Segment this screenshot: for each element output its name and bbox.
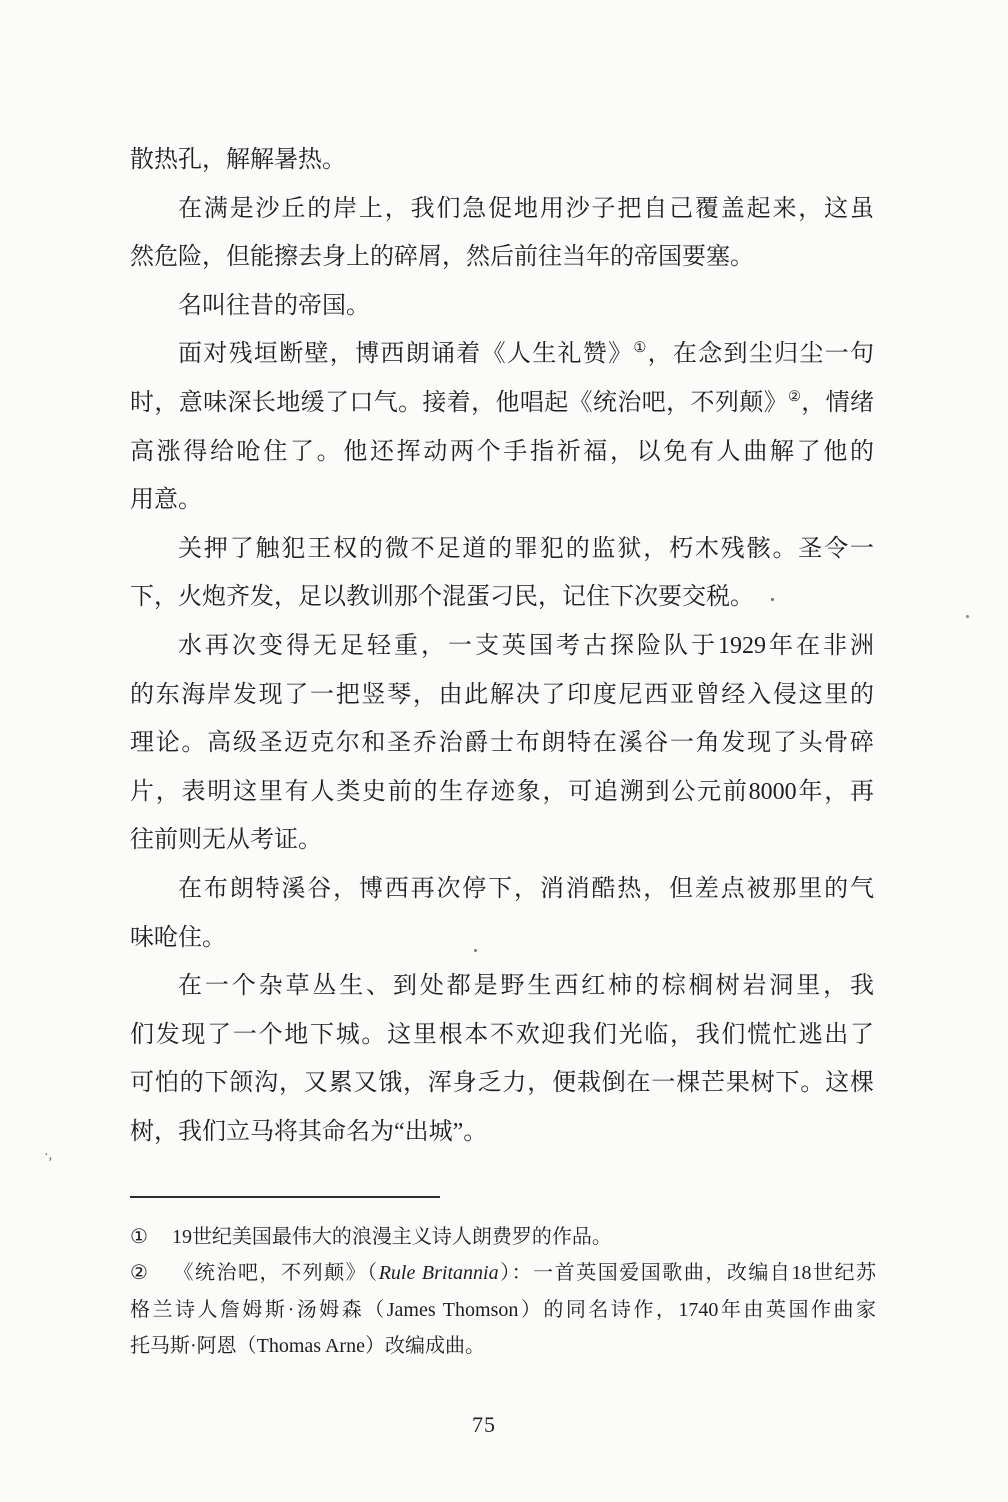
text-segment: 时，意味深长地缓了口气。接着，他唱起《统治吧，不列颠》 — [130, 390, 788, 416]
text-segment: 然危险，但能擦去身上的碎屑，然后前往当年的帝国要塞。 — [130, 244, 754, 270]
text-segment: 的东海岸发现了一把竖琴，由此解决了印度尼西亚曾经入侵这里的 — [130, 682, 874, 708]
text-segment: 在布朗特溪谷，博西再次停下，消消酷热，但差点被那里的气 — [178, 876, 874, 902]
text-segment: 19世纪美国最伟大的浪漫主义诗人朗费罗的作品。 — [172, 1226, 612, 1248]
text-segment: 往前则无从考证。 — [130, 827, 322, 853]
text-line: 格兰诗人詹姆斯·汤姆森（James Thomson）的同名诗作，1740年由英国… — [130, 1292, 876, 1328]
text-segment: 关押了触犯王权的微不足道的罪犯的监狱，朽木残骸。圣令一 — [178, 536, 874, 562]
text-segment: 《统治吧，不列颠》（ — [172, 1262, 379, 1284]
text-line: 在布朗特溪谷，博西再次停下，消消酷热，但差点被那里的气 — [130, 865, 874, 914]
scan-margin-mark: ·, — [44, 1148, 52, 1164]
text-line: 然危险，但能擦去身上的碎屑，然后前往当年的帝国要塞。 — [130, 233, 874, 282]
text-line: ②《统治吧，不列颠》（Rule Britannia）：一首英国爱国歌曲，改编自1… — [130, 1255, 876, 1291]
body-text: 散热孔，解解暑热。在满是沙丘的岸上，我们急促地用沙子把自己覆盖起来，这虽然危险，… — [130, 136, 874, 1156]
text-segment: 下，火炮齐发，足以教训那个混蛋刁民，记住下次要交税。 — [130, 584, 754, 610]
text-line: 时，意味深长地缓了口气。接着，他唱起《统治吧，不列颠》②，情绪 — [130, 379, 874, 428]
text-line: 理论。高级圣迈克尔和圣乔治爵士布朗特在溪谷一角发现了头骨碎 — [130, 719, 874, 768]
scan-speck — [474, 949, 477, 952]
text-segment: 片，表明这里有人类史前的生存迹象，可追溯到公元前8000年，再 — [130, 779, 874, 805]
text-segment: 可怕的下颌沟，又累又饿，浑身乏力，便栽倒在一棵芒果树下。这棵 — [130, 1070, 874, 1096]
text-line: 在一个杂草丛生、到处都是野生西红柿的棕榈树岩洞里，我 — [130, 962, 874, 1011]
text-line: 托马斯·阿恩（Thomas Arne）改编成曲。 — [130, 1328, 876, 1364]
text-line: 关押了触犯王权的微不足道的罪犯的监狱，朽木残骸。圣令一 — [130, 525, 874, 574]
text-line: 面对残垣断壁，博西朗诵着《人生礼赞》①，在念到尘归尘一句 — [130, 330, 874, 379]
text-segment: 格兰诗人詹姆斯·汤姆森（James Thomson）的同名诗作，1740年由英国… — [130, 1299, 876, 1321]
footnote-divider — [130, 1196, 440, 1198]
footnote-ref: ① — [633, 340, 647, 356]
text-segment: 名叫往昔的帝国。 — [178, 293, 370, 319]
text-segment: ，情绪 — [801, 390, 874, 416]
text-line: 树，我们立马将其命名为“出城”。 — [130, 1108, 874, 1157]
text-segment: 在一个杂草丛生、到处都是野生西红柿的棕榈树岩洞里，我 — [178, 973, 874, 999]
text-segment: 理论。高级圣迈克尔和圣乔治爵士布朗特在溪谷一角发现了头骨碎 — [130, 730, 874, 756]
text-line: 可怕的下颌沟，又累又饿，浑身乏力，便栽倒在一棵芒果树下。这棵 — [130, 1059, 874, 1108]
text-line: 名叫往昔的帝国。 — [130, 282, 874, 331]
text-segment: 散热孔，解解暑热。 — [130, 147, 346, 173]
text-segment: ）：一首英国爱国歌曲，改编自18世纪苏 — [499, 1262, 876, 1284]
text-line: 高涨得给呛住了。他还挥动两个手指祈福，以免有人曲解了他的 — [130, 428, 874, 477]
text-line: 往前则无从考证。 — [130, 816, 874, 865]
text-segment: 树，我们立马将其命名为“出城”。 — [130, 1119, 487, 1145]
footnote-ref: ② — [788, 389, 801, 405]
scan-speck — [771, 598, 774, 601]
text-segment: 高涨得给呛住了。他还挥动两个手指祈福，以免有人曲解了他的 — [130, 439, 874, 465]
text-segment: ，在念到尘归尘一句 — [648, 341, 874, 367]
text-segment: 们发现了一个地下城。这里根本不欢迎我们光临，我们慌忙逃出了 — [130, 1022, 874, 1048]
text-segment: 托马斯·阿恩（Thomas Arne）改编成曲。 — [130, 1335, 485, 1357]
text-line: 下，火炮齐发，足以教训那个混蛋刁民，记住下次要交税。 — [130, 573, 874, 622]
book-page: 散热孔，解解暑热。在满是沙丘的岸上，我们急促地用沙子把自己覆盖起来，这虽然危险，… — [0, 0, 1008, 1502]
footnote-marker: ① — [130, 1219, 148, 1255]
text-line: 水再次变得无足轻重，一支英国考古探险队于1929年在非洲 — [130, 622, 874, 671]
text-segment: 用意。 — [130, 487, 202, 513]
footnote-marker: ② — [130, 1255, 148, 1291]
text-segment: Rule Britannia — [379, 1262, 499, 1284]
text-line: 的东海岸发现了一把竖琴，由此解决了印度尼西亚曾经入侵这里的 — [130, 671, 874, 720]
footnotes: ①19世纪美国最伟大的浪漫主义诗人朗费罗的作品。②《统治吧，不列颠》（Rule … — [130, 1219, 876, 1365]
text-line: 片，表明这里有人类史前的生存迹象，可追溯到公元前8000年，再 — [130, 768, 874, 817]
text-segment: 面对残垣断壁，博西朗诵着《人生礼赞》 — [178, 341, 633, 367]
text-line: 在满是沙丘的岸上，我们急促地用沙子把自己覆盖起来，这虽 — [130, 185, 874, 234]
text-line: ①19世纪美国最伟大的浪漫主义诗人朗费罗的作品。 — [130, 1219, 876, 1255]
scan-speck — [966, 615, 969, 618]
text-line: 用意。 — [130, 476, 874, 525]
text-line: 散热孔，解解暑热。 — [130, 136, 874, 185]
text-line: 味呛住。 — [130, 914, 874, 963]
page-number: 75 — [0, 1412, 988, 1438]
text-segment: 在满是沙丘的岸上，我们急促地用沙子把自己覆盖起来，这虽 — [178, 196, 874, 222]
text-line: 们发现了一个地下城。这里根本不欢迎我们光临，我们慌忙逃出了 — [130, 1011, 874, 1060]
text-segment: 水再次变得无足轻重，一支英国考古探险队于1929年在非洲 — [178, 633, 874, 659]
text-segment: 味呛住。 — [130, 925, 226, 951]
